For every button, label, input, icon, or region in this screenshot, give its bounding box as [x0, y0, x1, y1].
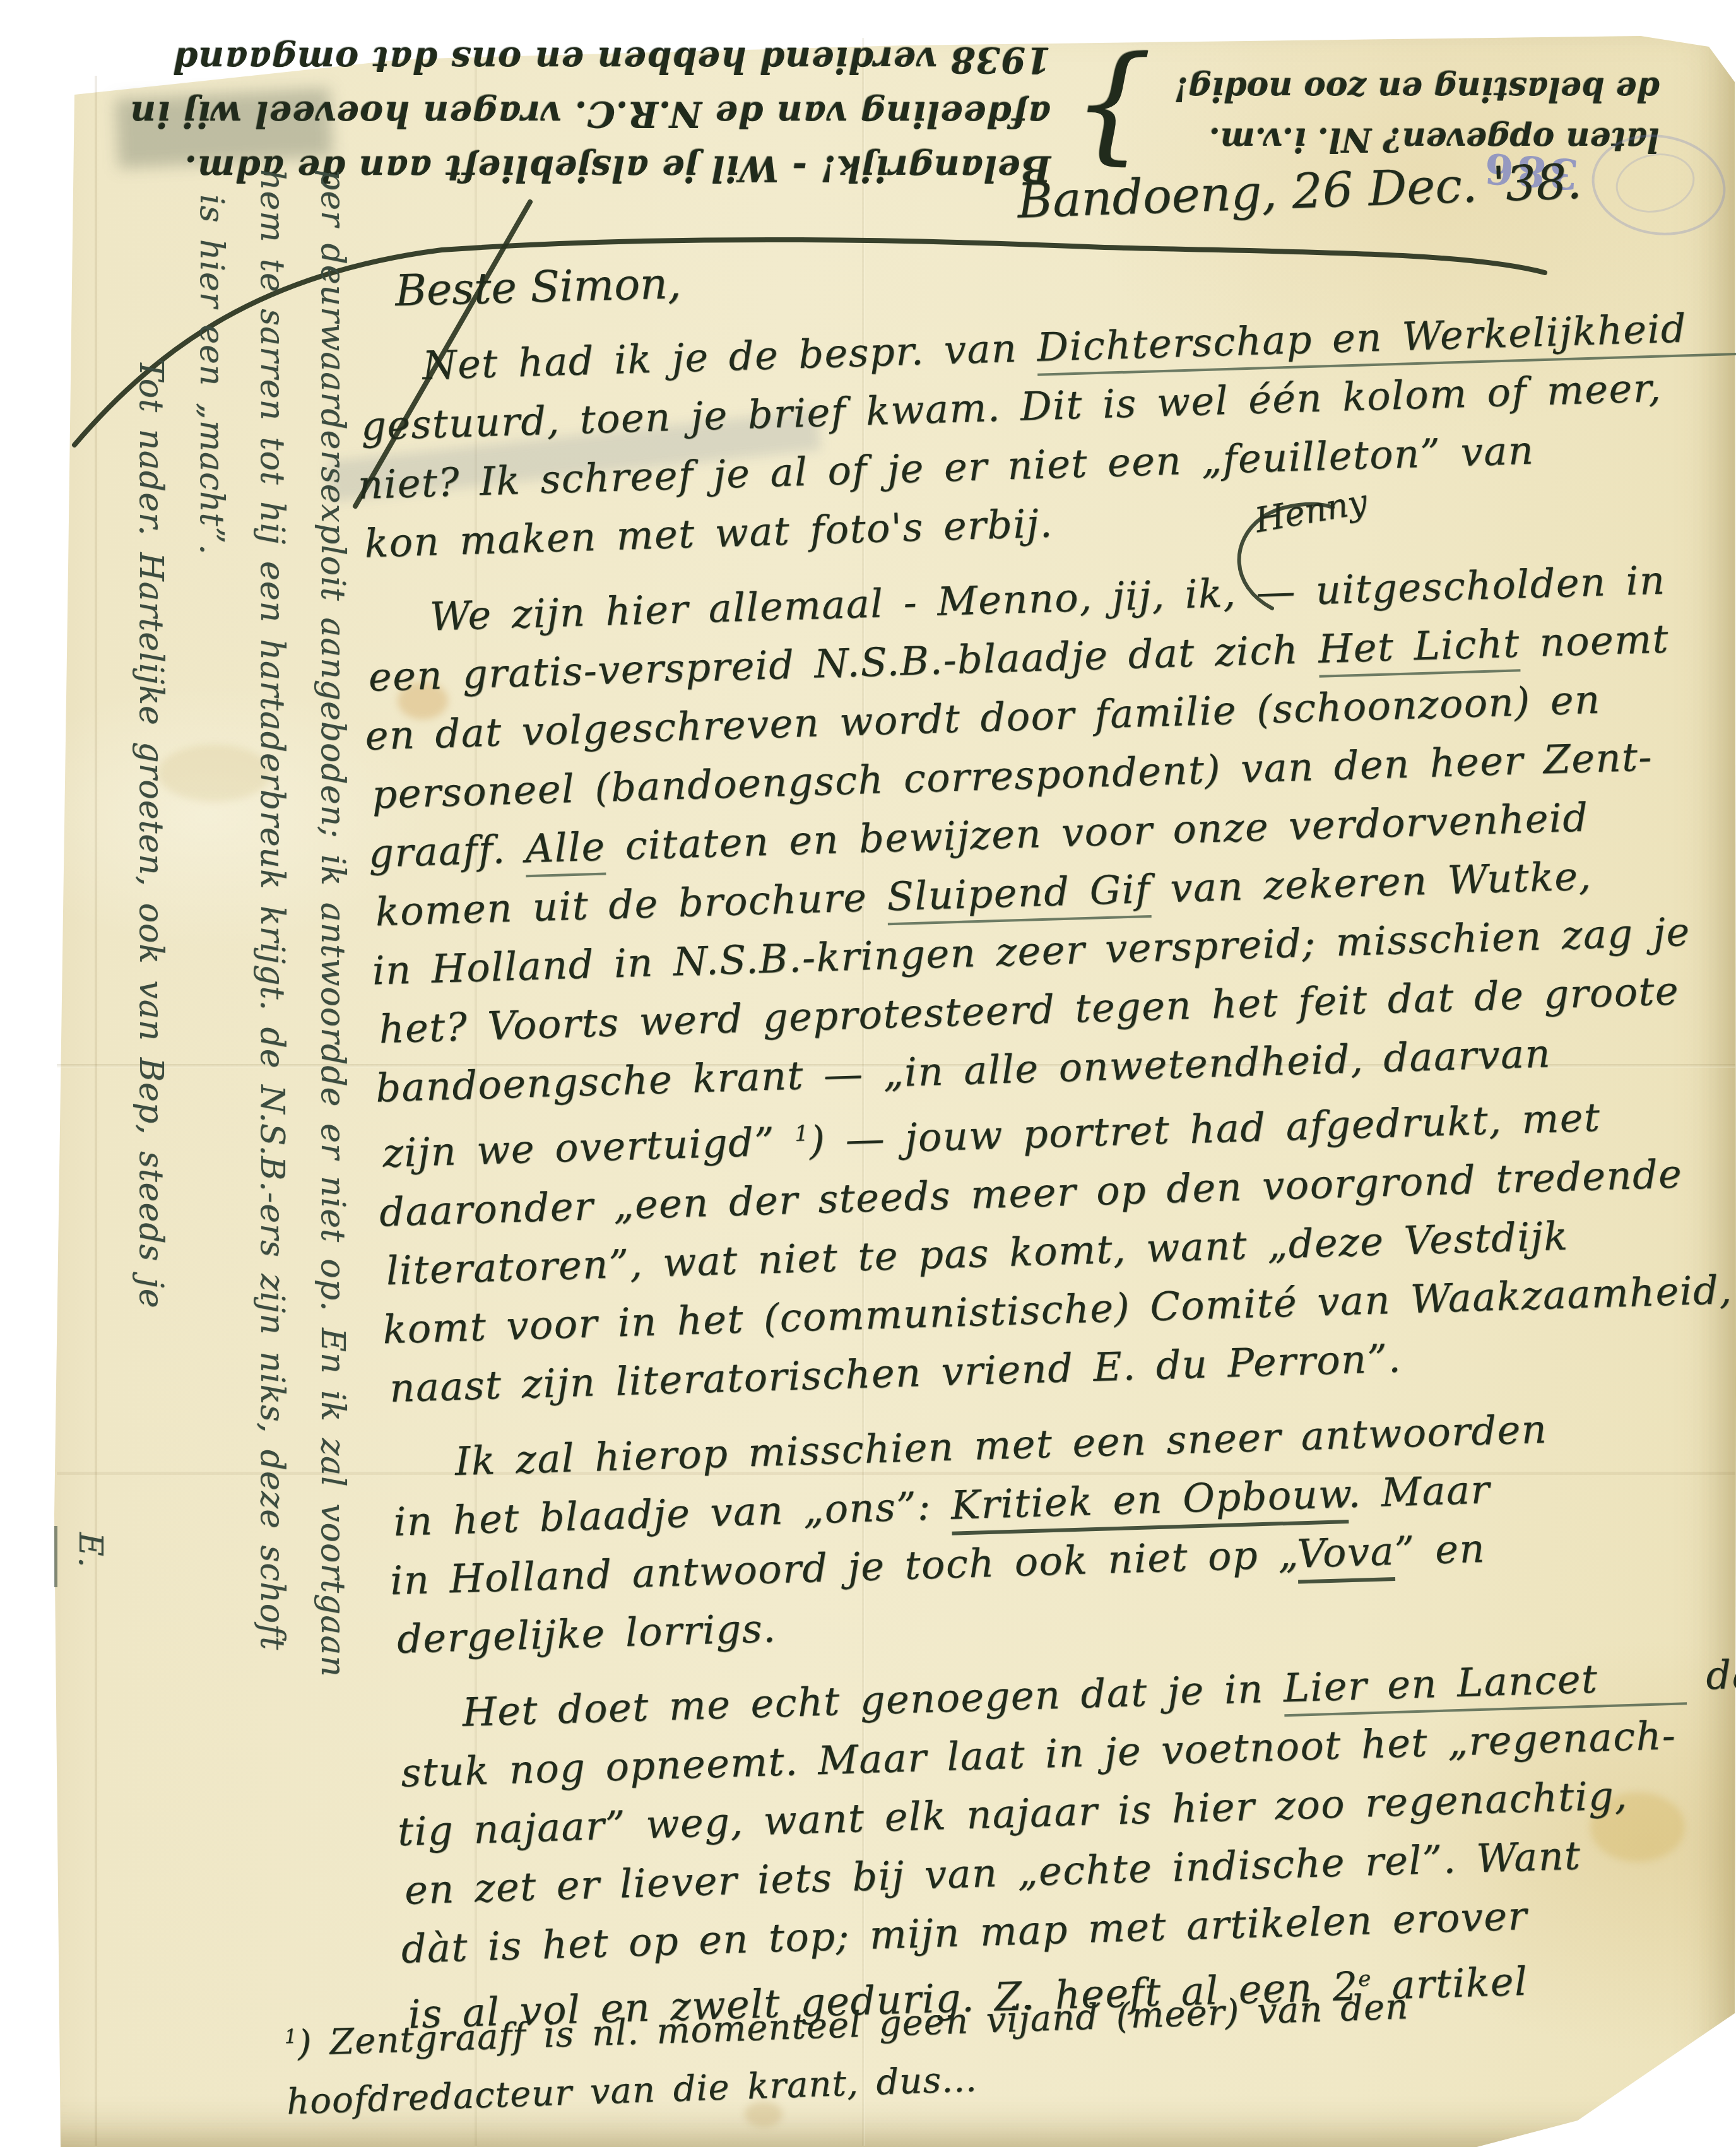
text-segment: dat [1686, 1650, 1736, 1699]
text-segment: dergelijke lorrigs. [396, 1605, 777, 1662]
signature-line: E. [54, 1526, 121, 1785]
postscript-line: de belasting en zoo nodig! [1174, 64, 1660, 114]
text-segment: noemt [1519, 615, 1669, 666]
body-lines: Net had ik je de bespr. van Dichterschap… [353, 296, 1736, 2043]
text-segment: zijn we overtuigd” [382, 1118, 795, 1176]
text-segment: graaff. [368, 825, 526, 876]
text-segment: in het blaadje van „ons”: [393, 1482, 952, 1544]
text-segment: Sluipend Gif [886, 866, 1151, 925]
margin-line: is hier een „macht”. [181, 194, 242, 1785]
margin-line: hem te sarren tot hij een hartaderbreuk … [242, 169, 302, 1785]
text-segment: Alle [524, 824, 606, 878]
text-segment: 1 [794, 1121, 810, 1147]
text-segment: ” en [1394, 1525, 1486, 1573]
postscript-line: afdeeling van de N.R.C. vragen hoeveel w… [130, 87, 1051, 141]
margin-line: Tot nader. Hartelijke groeten, ook van B… [121, 358, 181, 1785]
curly-brace: } [1072, 57, 1152, 171]
letter-scan: laten opgeven? Nl. i.v.m.de belasting en… [0, 0, 1736, 2147]
text-segment: komen uit de brochure [375, 873, 888, 935]
postscript-bracketed-lines: laten opgeven? Nl. i.v.m.de belasting en… [1174, 64, 1660, 165]
text-segment: Het Licht [1318, 620, 1521, 677]
margin-note: per deurwaardersexploit aangeboden; ik a… [54, 169, 363, 1785]
margin-line: per deurwaardersexploit aangeboden; ik a… [302, 169, 363, 1785]
postscript-line: 1938 verdiend hebben en ons dat omgaand [130, 33, 1051, 87]
postscript-line: laten opgeven? Nl. i.v.m. [1174, 114, 1660, 165]
signature: E. [54, 1526, 121, 1587]
text-segment: 1 [284, 2025, 298, 2049]
salutation: Beste Simon, [394, 259, 682, 316]
text-segment: . Maar [1347, 1466, 1491, 1517]
text-segment: Vova [1296, 1528, 1395, 1584]
text-segment: van zekeren Wutke, [1150, 853, 1592, 912]
